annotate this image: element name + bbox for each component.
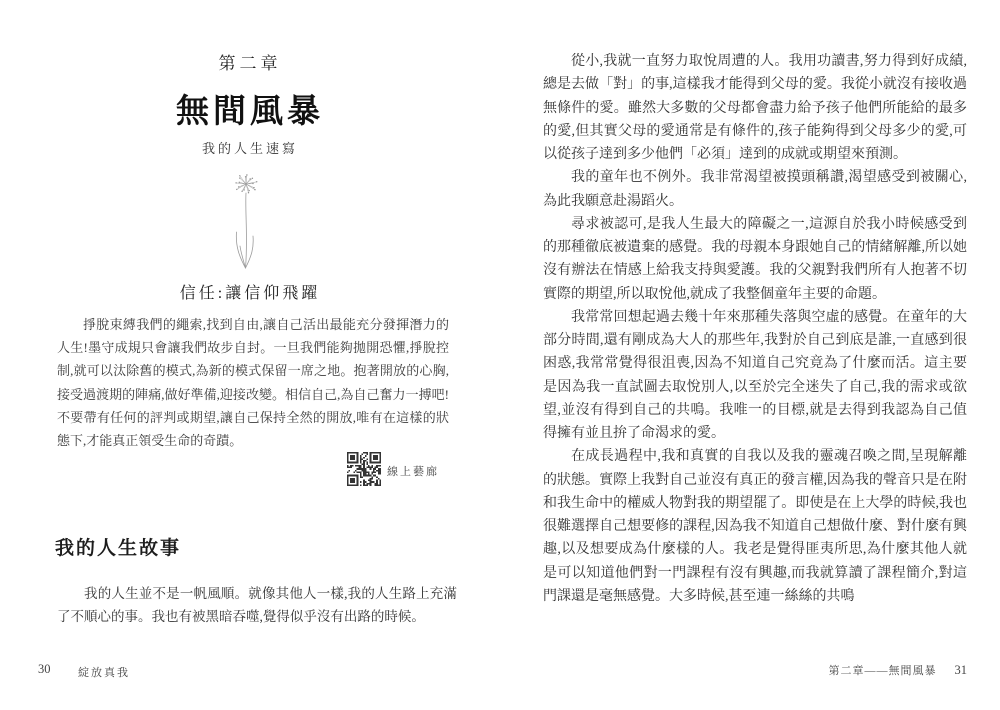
body-paragraph: 我的童年也不例外。我非常渴望被摸頭稱讚,渴望感受到被關心,為此我願意赴湯蹈火。 xyxy=(543,166,967,213)
body-paragraph: 我常常回想起過去幾十年來那種失落與空虛的感覺。在童年的大部分時間,還有剛成為大人… xyxy=(543,306,967,446)
story-paragraph: 我的人生並不是一帆風順。就像其他人一樣,我的人生路上充滿了不順心的事。我也有被黑… xyxy=(57,582,457,629)
section-heading-trust: 信任:讓信仰飛躍 xyxy=(55,280,445,303)
running-head-book-title: 綻放真我 xyxy=(78,664,130,680)
story-section-heading: 我的人生故事 xyxy=(55,533,181,560)
right-page-number: 31 xyxy=(955,663,968,678)
running-head-chapter: 第二章——無間風暴 xyxy=(829,662,937,678)
qr-code xyxy=(347,452,381,486)
chapter-title: 無間風暴 xyxy=(55,85,445,132)
qr-code-label: 線上藝廊 xyxy=(387,463,439,479)
left-page-number: 30 xyxy=(38,662,51,677)
epigraph-text: 掙脫束縛我們的繩索,找到自由,讓自己活出最能充分發揮潛力的人生!墨守成規只會讓我… xyxy=(57,313,449,452)
chapter-subtitle: 我的人生速寫 xyxy=(55,138,445,157)
body-paragraph: 尋求被認可,是我人生最大的障礙之一,這源自於我小時候感受到的那種徹底被遺棄的感覺… xyxy=(543,213,967,306)
body-paragraph: 在成長過程中,我和真實的自我以及我的靈魂召喚之間,呈現解離的狀態。實際上我對自己… xyxy=(543,445,967,608)
chapter-number-label: 第二章 xyxy=(55,49,445,74)
body-paragraph: 從小,我就一直努力取悅周遭的人。我用功讀書,努力得到好成績,總是去做「對」的事,… xyxy=(543,50,967,166)
dandelion-flower-illustration xyxy=(223,166,271,272)
book-spread: { "colors": { "background": "#ffffff", "… xyxy=(0,0,1000,710)
right-page-footer: 第二章——無間風暴 31 xyxy=(829,662,968,678)
right-page-text-column: 從小,我就一直努力取悅周遭的人。我用功讀書,努力得到好成績,總是去做「對」的事,… xyxy=(543,50,967,608)
